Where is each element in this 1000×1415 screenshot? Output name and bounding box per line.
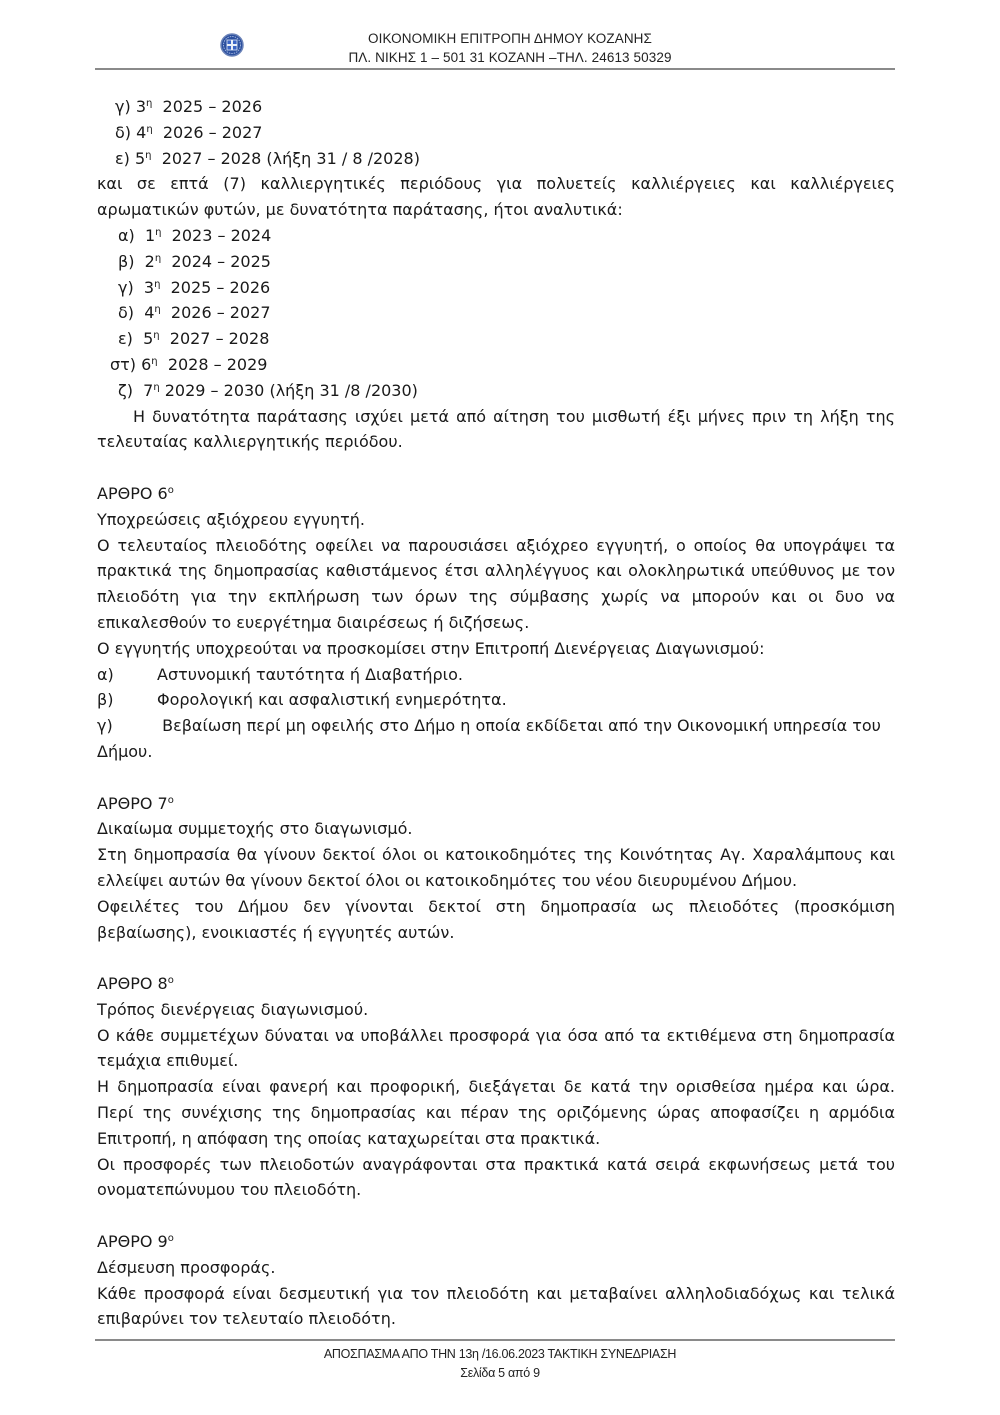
list-item: γ) 3η 2025 – 2026 — [97, 275, 895, 301]
seven-periods-list: α) 1η 2023 – 2024 β) 2η 2024 – 2025 γ) 3… — [97, 223, 895, 404]
footer-excerpt-title: ΑΠΟΣΠΑΣΜΑ ΑΠΟ ΤΗΝ 13η /16.06.2023 ΤΑΚΤΙΚ… — [0, 1345, 1000, 1364]
list-item: ε) 5η 2027 – 2028 — [97, 326, 895, 352]
paragraph-line: πλειοδότη για την εκπλήρωση των όρων της… — [97, 584, 895, 610]
page-header: ΟΙΚΟΝΟΜΙΚΗ ΕΠΙΤΡΟΠΗ ΔΗΜΟΥ ΚΟΖΑΝΗΣ ΠΛ. ΝΙ… — [0, 0, 1000, 72]
footer-divider — [95, 1339, 895, 1341]
paragraph-line: Ο εγγυητής υποχρεούται να προσκομίσει στ… — [97, 636, 895, 662]
paragraph-line: Επιτροπή, η απόφαση της οποίας καταχωρεί… — [97, 1126, 895, 1152]
list-item: α)Αστυνομική ταυτότητα ή Διαβατήριο. — [97, 662, 895, 688]
article-heading: ΑΡΘΡΟ 9ο — [97, 1229, 895, 1255]
header-divider — [95, 68, 895, 70]
paragraph-line: πρακτικά της δημοπρασίας καθιστάμενος έτ… — [97, 558, 895, 584]
list-item: α) 1η 2023 – 2024 — [97, 223, 895, 249]
paragraph-line: Στη δημοπρασία θα γίνουν δεκτοί όλοι οι … — [97, 842, 895, 868]
intro-paragraph-line: αρωματικών φυτών, με δυνατότητα παράταση… — [97, 197, 895, 223]
page-number: Σελίδα 5 από 9 — [0, 1364, 1000, 1383]
coat-of-arms-icon — [220, 33, 244, 57]
paragraph-line: ελλείψει αυτών θα γίνουν δεκτοί όλοι οι … — [97, 868, 895, 894]
paragraph-line: Η δημοπρασία είναι φανερή και προφορική,… — [97, 1074, 895, 1100]
paragraph-line: επιβαρύνει τον τελευταίο πλειοδότη. — [97, 1306, 895, 1332]
paragraph-line: Οι προσφορές των πλειοδοτών αναγράφονται… — [97, 1152, 895, 1178]
paragraph-line: επικαλεσθούν το ευεργέτημα διαιρέσεως ή … — [97, 610, 895, 636]
list-item-continuation: Δήμου. — [97, 739, 895, 765]
list-item: ζ) 7η 2029 – 2030 (λήξη 31 /8 /2030) — [97, 378, 895, 404]
list-item: στ) 6η 2028 – 2029 — [97, 352, 895, 378]
list-item: ε) 5η 2027 – 2028 (λήξη 31 / 8 /2028) — [97, 146, 895, 172]
paragraph-line: Ο κάθε συμμετέχων δύναται να υποβάλλει π… — [97, 1023, 895, 1049]
paragraph-line: Περί της συνέχισης της δημοπρασίας και π… — [97, 1100, 895, 1126]
article-heading: ΑΡΘΡΟ 8ο — [97, 971, 895, 997]
extension-paragraph-line: Η δυνατότητα παράτασης ισχύει μετά από α… — [97, 404, 895, 430]
list-item: δ) 4η 2026 – 2027 — [97, 300, 895, 326]
header-address: ΠΛ. ΝΙΚΗΣ 1 – 501 31 ΚΟΖΑΝΗ –ΤΗΛ. 24613 … — [300, 48, 720, 67]
paragraph-line: τεμάχια επιθυμεί. — [97, 1048, 895, 1074]
list-item: β) 2η 2024 – 2025 — [97, 249, 895, 275]
paragraph-line: Οφειλέτες του Δήμου δεν γίνονται δεκτοί … — [97, 894, 895, 920]
header-org-name: ΟΙΚΟΝΟΜΙΚΗ ΕΠΙΤΡΟΠΗ ΔΗΜΟΥ ΚΟΖΑΝΗΣ — [300, 29, 720, 48]
list-item: δ) 4η 2026 – 2027 — [97, 120, 895, 146]
article-heading: ΑΡΘΡΟ 6ο — [97, 481, 895, 507]
header-text: ΟΙΚΟΝΟΜΙΚΗ ΕΠΙΤΡΟΠΗ ΔΗΜΟΥ ΚΟΖΑΝΗΣ ΠΛ. ΝΙ… — [300, 29, 720, 67]
article-7: ΑΡΘΡΟ 7ο Δικαίωμα συμμετοχής στο διαγωνι… — [97, 791, 895, 946]
list-item: β)Φορολογική και ασφαλιστική ενημερότητα… — [97, 687, 895, 713]
article-subtitle: Δέσμευση προσφοράς. — [97, 1255, 895, 1281]
article-subtitle: Τρόπος διενέργειας διαγωνισμού. — [97, 997, 895, 1023]
article-6: ΑΡΘΡΟ 6ο Υποχρεώσεις αξιόχρεου εγγυητή. … — [97, 481, 895, 765]
intro-paragraph-line: και σε επτά (7) καλλιεργητικές περιόδους… — [97, 171, 895, 197]
paragraph-line: ονοματεπώνυμου του πλειοδότη. — [97, 1177, 895, 1203]
paragraph-line: Ο τελευταίος πλειοδότης οφείλει να παρου… — [97, 533, 895, 559]
article-9: ΑΡΘΡΟ 9ο Δέσμευση προσφοράς. Κάθε προσφο… — [97, 1229, 895, 1332]
paragraph-line: βεβαίωσης), ενοικιαστές ή εγγυητές αυτών… — [97, 920, 895, 946]
article-heading: ΑΡΘΡΟ 7ο — [97, 791, 895, 817]
document-body: γ) 3η 2025 – 2026 δ) 4η 2026 – 2027 ε) 5… — [97, 94, 895, 1332]
extension-paragraph-line: τελευταίας καλλιεργητικής περιόδου. — [97, 429, 895, 455]
list-item: γ) 3η 2025 – 2026 — [97, 94, 895, 120]
continuation-list: γ) 3η 2025 – 2026 δ) 4η 2026 – 2027 ε) 5… — [97, 94, 895, 171]
page-footer: ΑΠΟΣΠΑΣΜΑ ΑΠΟ ΤΗΝ 13η /16.06.2023 ΤΑΚΤΙΚ… — [0, 1345, 1000, 1383]
paragraph-line: Κάθε προσφορά είναι δεσμευτική για τον π… — [97, 1281, 895, 1307]
list-item: γ) Βεβαίωση περί μη οφειλής στο Δήμο η ο… — [97, 713, 895, 739]
article-8: ΑΡΘΡΟ 8ο Τρόπος διενέργειας διαγωνισμού.… — [97, 971, 895, 1203]
article-subtitle: Υποχρεώσεις αξιόχρεου εγγυητή. — [97, 507, 895, 533]
article-subtitle: Δικαίωμα συμμετοχής στο διαγωνισμό. — [97, 816, 895, 842]
